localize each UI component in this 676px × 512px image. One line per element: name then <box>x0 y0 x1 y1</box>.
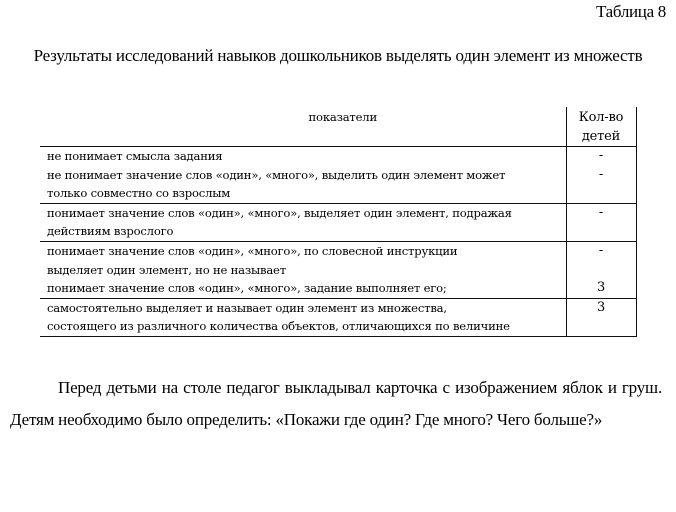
indicator-cell: понимает значение слов «один», «много», … <box>40 203 566 241</box>
indicator-line: понимает значение слов «один», «много», … <box>47 242 566 261</box>
count-spacer <box>567 261 636 280</box>
indicator-cell: понимает значение слов «один», «много», … <box>40 241 566 298</box>
count-value: - <box>567 242 636 261</box>
count-cell: - - <box>566 147 636 204</box>
indicator-line: понимает значение слов «один», «много», … <box>47 279 566 298</box>
table-row: понимает значение слов «один», «много», … <box>40 203 636 241</box>
count-cell: - <box>566 203 636 241</box>
count-cell: 3 <box>566 298 636 336</box>
table-caption: Таблица 8 <box>596 2 666 22</box>
results-table: показатели Кол-во детей не понимает смыс… <box>40 107 637 337</box>
indicator-cell: не понимает смысла задания не понимает з… <box>40 147 566 204</box>
count-cell: - 3 <box>566 241 636 298</box>
indicator-line: действиям взрослого <box>47 222 566 241</box>
table-header-row: показатели Кол-во детей <box>40 107 636 147</box>
table-row: не понимает смысла задания не понимает з… <box>40 147 636 204</box>
indicator-line: понимает значение слов «один», «много», … <box>47 204 566 223</box>
header-indicators-label: показатели <box>309 110 377 124</box>
table-row: самостоятельно выделяет и называет один … <box>40 298 636 336</box>
count-value: 3 <box>567 299 636 318</box>
table-row: понимает значение слов «один», «много», … <box>40 241 636 298</box>
indicator-line: самостоятельно выделяет и называет один … <box>47 299 566 318</box>
indicator-cell: самостоятельно выделяет и называет один … <box>40 298 566 336</box>
header-count: Кол-во детей <box>566 107 636 147</box>
count-value: 3 <box>567 279 636 298</box>
body-paragraph: Перед детьми на столе педагог выкладывал… <box>10 372 662 436</box>
results-table-container: показатели Кол-во детей не понимает смыс… <box>40 107 636 337</box>
header-count-line1: Кол-во <box>567 108 636 127</box>
indicator-line: не понимает значение слов «один», «много… <box>47 166 566 185</box>
header-indicators: показатели <box>40 107 566 147</box>
indicator-line: состоящего из различного количества объе… <box>47 317 566 336</box>
table-title: Результаты исследований навыков дошкольн… <box>0 42 676 70</box>
header-count-line2: детей <box>567 127 636 146</box>
indicator-line: не понимает смысла задания <box>47 147 566 166</box>
count-value: - <box>567 204 636 223</box>
indicator-line: только совместно со взрослым <box>47 184 566 203</box>
count-value: - <box>567 166 636 185</box>
indicator-line: выделяет один элемент, но не называет <box>47 261 566 280</box>
count-value: - <box>567 147 636 166</box>
